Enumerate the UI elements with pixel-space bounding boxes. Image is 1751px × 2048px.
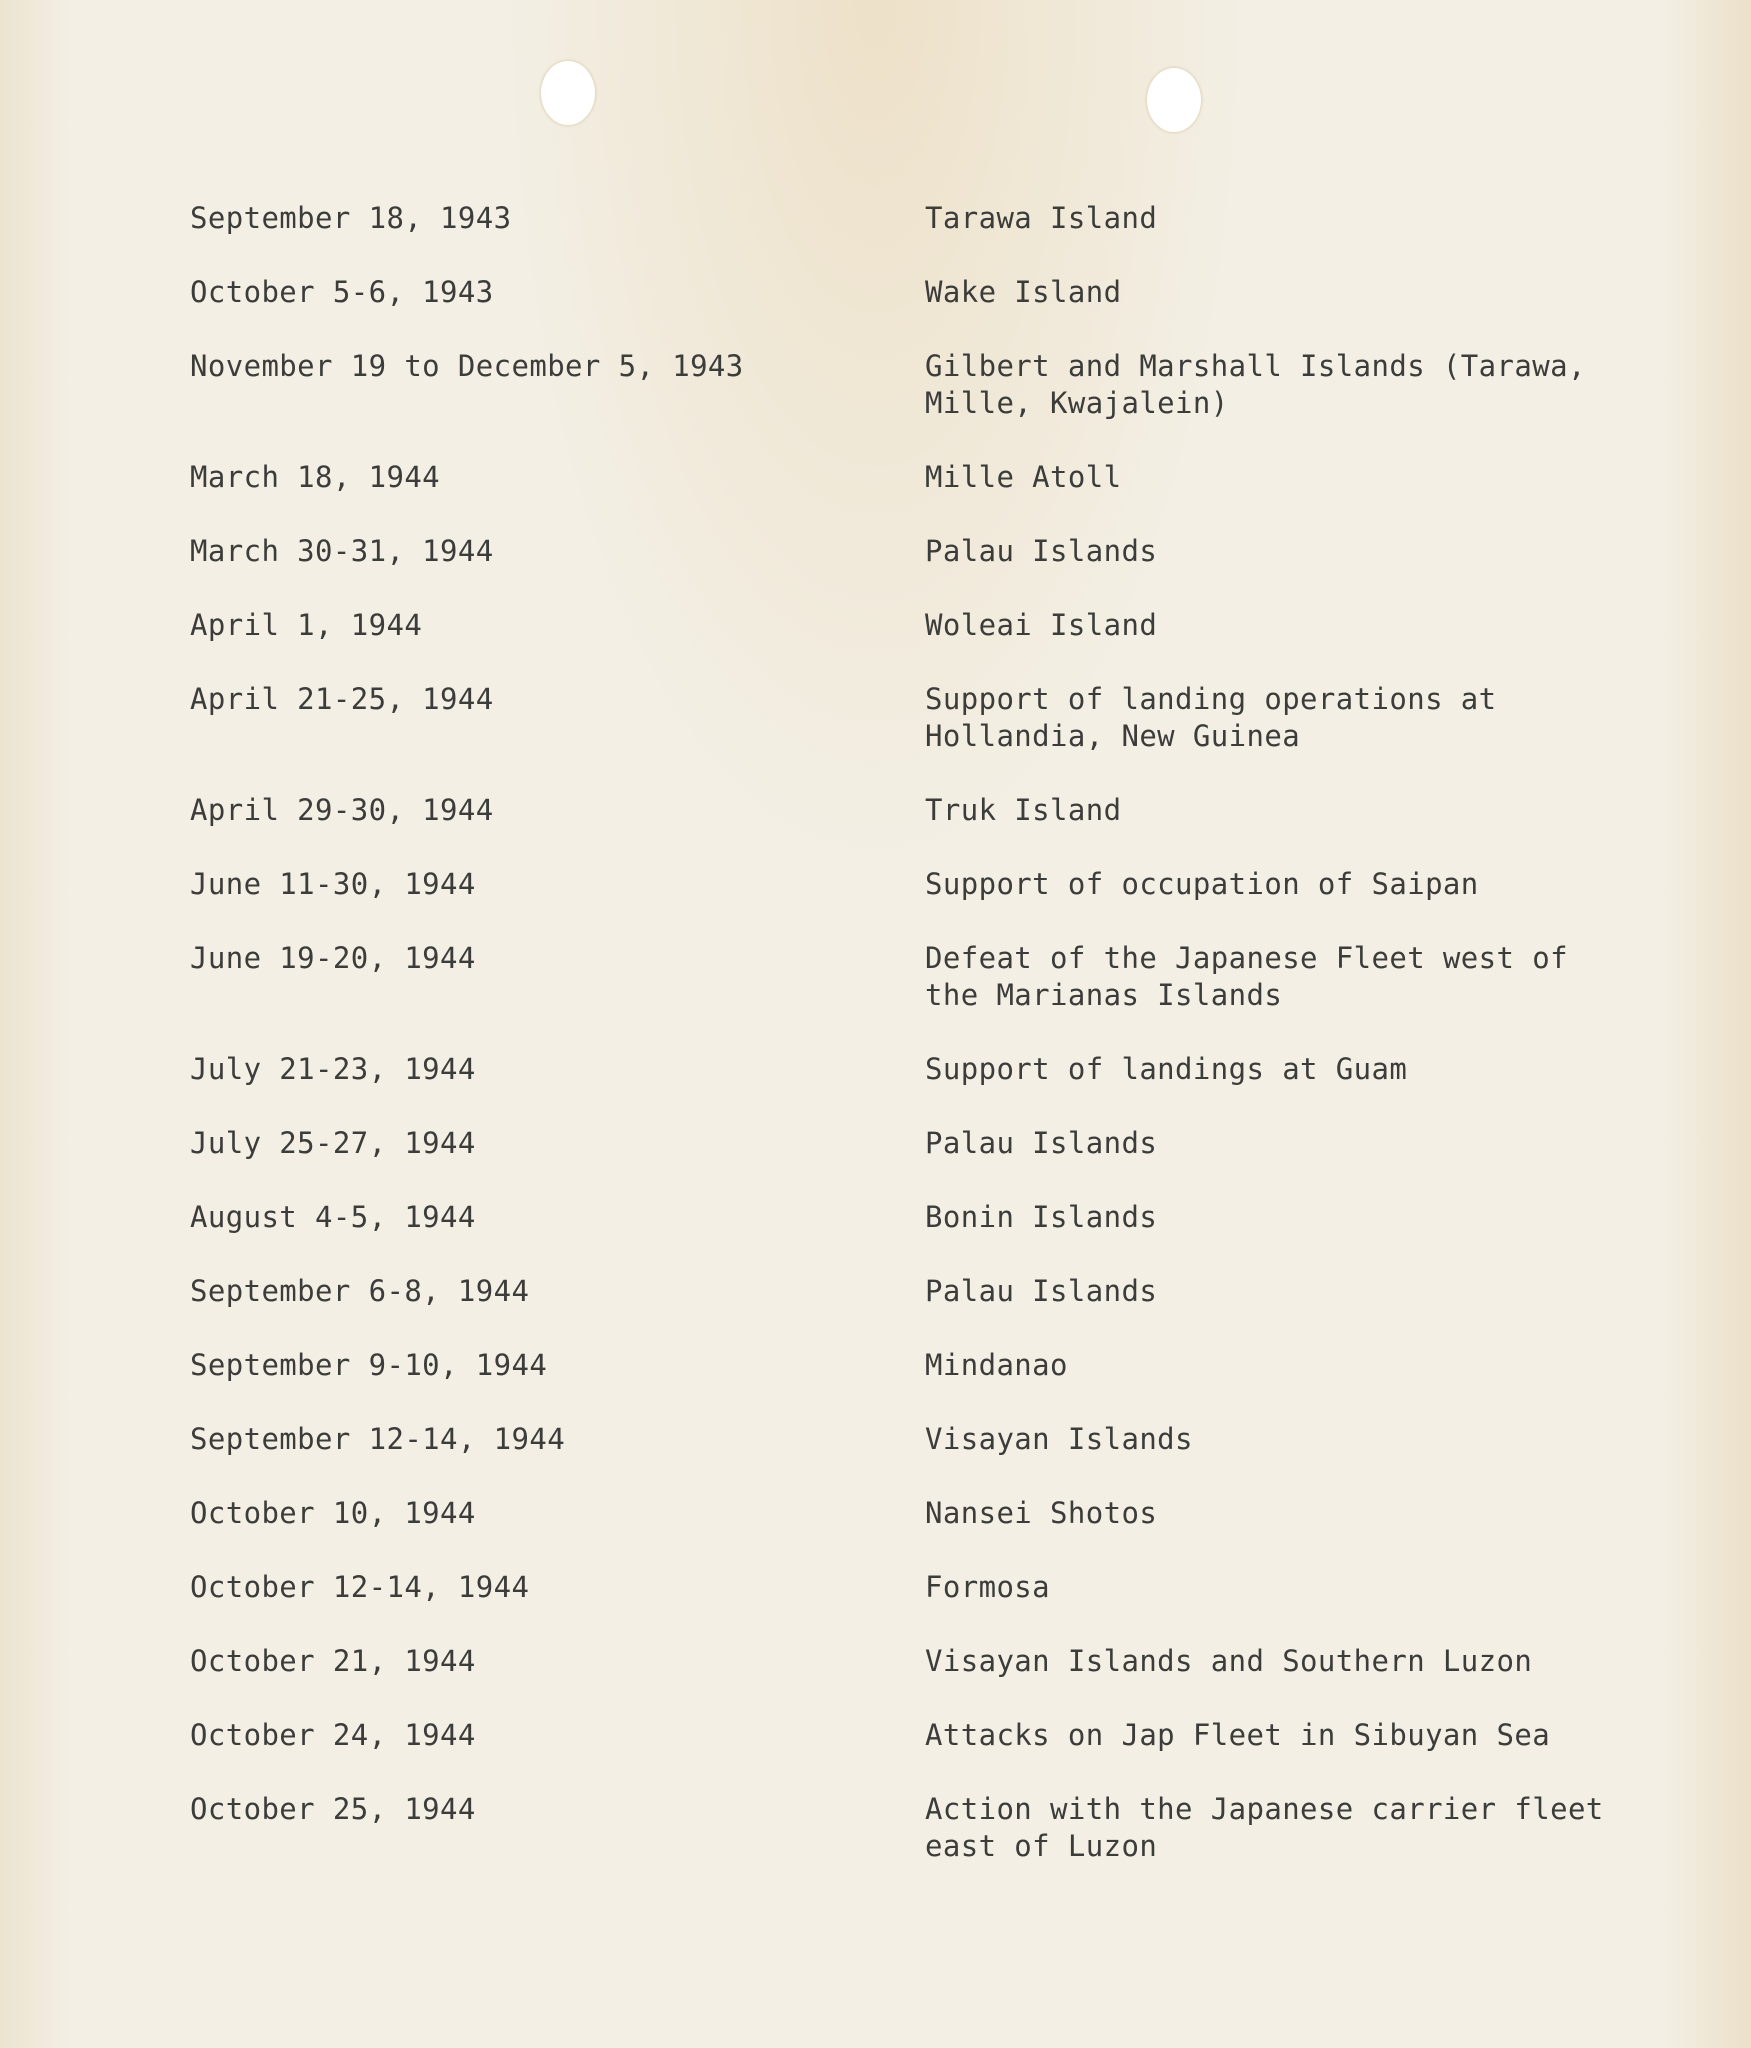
entry-event: Truk Island [925,792,1650,829]
list-item: November 19 to December 5, 1943 Gilbert … [190,348,1650,422]
list-item: October 10, 1944 Nansei Shotos [190,1495,1650,1532]
list-item: July 25-27, 1944 Palau Islands [190,1125,1650,1162]
entry-event: Attacks on Jap Fleet in Sibuyan Sea [925,1717,1650,1754]
document-page: September 18, 1943 Tarawa Island October… [0,0,1751,2048]
entry-event: Defeat of the Japanese Fleet west of the… [925,940,1650,1014]
entry-event: Tarawa Island [925,200,1650,237]
list-item: April 21-25, 1944 Support of landing ope… [190,681,1650,755]
entry-event: Support of occupation of Saipan [925,866,1650,903]
list-item: March 30-31, 1944 Palau Islands [190,533,1650,570]
list-item: April 29-30, 1944 Truk Island [190,792,1650,829]
entry-event: Palau Islands [925,533,1650,570]
entry-date: September 6-8, 1944 [190,1273,925,1310]
punch-hole-left [541,61,595,125]
list-item: June 19-20, 1944 Defeat of the Japanese … [190,940,1650,1014]
list-item: August 4-5, 1944 Bonin Islands [190,1199,1650,1236]
punch-hole-right [1147,68,1201,132]
entry-date: June 19-20, 1944 [190,940,925,977]
entry-event: Woleai Island [925,607,1650,644]
entry-event: Mindanao [925,1347,1650,1384]
list-item: July 21-23, 1944 Support of landings at … [190,1051,1650,1088]
list-item: October 21, 1944 Visayan Islands and Sou… [190,1643,1650,1680]
entry-event: Action with the Japanese carrier fleet e… [925,1791,1650,1865]
entry-date: November 19 to December 5, 1943 [190,348,925,385]
list-item: June 11-30, 1944 Support of occupation o… [190,866,1650,903]
entry-event: Mille Atoll [925,459,1650,496]
entry-date: October 21, 1944 [190,1643,925,1680]
entry-date: October 10, 1944 [190,1495,925,1532]
entry-event: Gilbert and Marshall Islands (Tarawa, Mi… [925,348,1650,422]
entry-date: March 18, 1944 [190,459,925,496]
entry-event: Palau Islands [925,1125,1650,1162]
entry-date: September 18, 1943 [190,200,925,237]
entry-date: August 4-5, 1944 [190,1199,925,1236]
entry-date: March 30-31, 1944 [190,533,925,570]
entry-date: July 21-23, 1944 [190,1051,925,1088]
entry-date: September 9-10, 1944 [190,1347,925,1384]
entry-event: Palau Islands [925,1273,1650,1310]
entry-event: Visayan Islands [925,1421,1650,1458]
list-item: October 24, 1944 Attacks on Jap Fleet in… [190,1717,1650,1754]
entry-date: October 24, 1944 [190,1717,925,1754]
entry-date: June 11-30, 1944 [190,866,925,903]
entry-date: April 21-25, 1944 [190,681,925,718]
entry-event: Visayan Islands and Southern Luzon [925,1643,1650,1680]
entry-event: Support of landing operations at Holland… [925,681,1650,755]
list-item: September 6-8, 1944 Palau Islands [190,1273,1650,1310]
entry-date: October 25, 1944 [190,1791,925,1828]
entry-event: Nansei Shotos [925,1495,1650,1532]
list-item: September 18, 1943 Tarawa Island [190,200,1650,237]
entry-event: Formosa [925,1569,1650,1606]
entry-event: Bonin Islands [925,1199,1650,1236]
entry-date: October 5-6, 1943 [190,274,925,311]
list-item: October 12-14, 1944 Formosa [190,1569,1650,1606]
engagement-list: September 18, 1943 Tarawa Island October… [190,200,1650,1902]
list-item: March 18, 1944 Mille Atoll [190,459,1650,496]
list-item: September 12-14, 1944 Visayan Islands [190,1421,1650,1458]
entry-event: Support of landings at Guam [925,1051,1650,1088]
entry-date: September 12-14, 1944 [190,1421,925,1458]
entry-date: April 1, 1944 [190,607,925,644]
entry-event: Wake Island [925,274,1650,311]
list-item: September 9-10, 1944 Mindanao [190,1347,1650,1384]
entry-date: October 12-14, 1944 [190,1569,925,1606]
list-item: April 1, 1944 Woleai Island [190,607,1650,644]
list-item: October 5-6, 1943 Wake Island [190,274,1650,311]
entry-date: April 29-30, 1944 [190,792,925,829]
entry-date: July 25-27, 1944 [190,1125,925,1162]
list-item: October 25, 1944 Action with the Japanes… [190,1791,1650,1865]
